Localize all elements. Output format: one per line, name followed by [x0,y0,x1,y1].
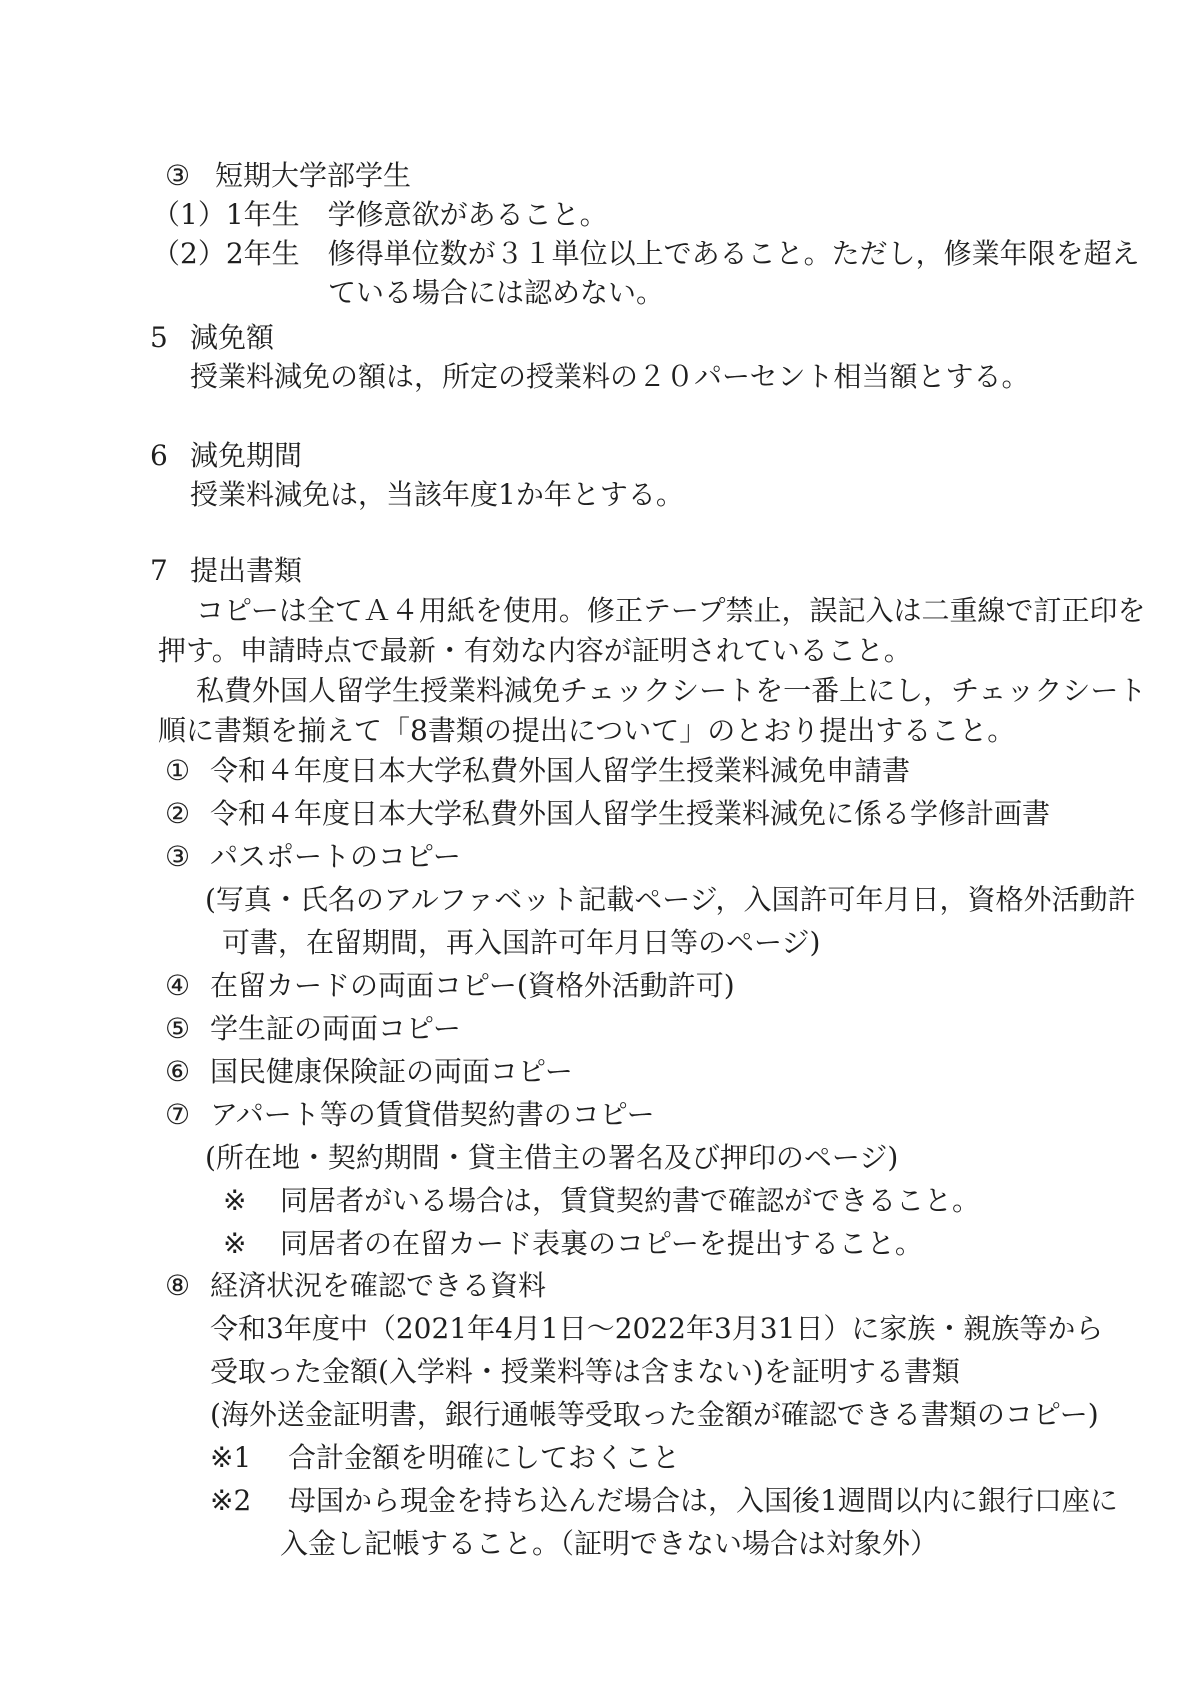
circled-8-marker: ⑧ [165,1266,210,1306]
circled-5-marker: ⑤ [165,1009,210,1049]
list-item-5: ⑤学生証の両面コピー [165,1009,461,1049]
kome-1-marker: ※1 [210,1438,288,1478]
list-item-7-kome2-text: 同居者の在留カード表裏のコピーを提出すること。 [280,1227,923,1260]
sec4-item3-sub1: （1）1年生 学修意欲があること。 [152,195,608,235]
sec4-item3-sub2-line1: （2）2年生 修得単位数が３１単位以上であること。ただし，修業年限を超え [152,234,1140,274]
list-item-8-kome2: ※2母国から現金を持ち込んだ場合は，入国後1週間以内に銀行口座に [210,1481,1118,1521]
list-item-1-text: 令和４年度日本大学私費外国人留学生授業料減免申請書 [210,754,910,787]
section-6-number: 6 [150,436,190,476]
list-item-3: ③パスポートのコピー [165,837,461,877]
section-7-para1-line2: 押す。申請時点で最新・有効な内容が証明されていること。 [158,631,912,671]
section-5-heading: 5減免額 [150,318,274,358]
section-6-title: 減免期間 [190,439,302,472]
list-item-2: ②令和４年度日本大学私費外国人留学生授業料減免に係る学修計画書 [165,794,1050,834]
kome-2-marker: ※2 [210,1481,288,1521]
section-5-body: 授業料減免の額は，所定の授業料の２０パーセント相当額とする。 [190,357,1029,397]
list-item-8-body-line2: 受取った金額(入学料・授業料等は含まない)を証明する書類 [210,1352,960,1392]
list-item-8-kome1-text: 合計金額を明確にしておくこと [288,1441,680,1474]
list-item-8: ⑧経済状況を確認できる資料 [165,1266,546,1306]
section-7-title: 提出書類 [190,554,302,587]
list-item-7-kome1: ※同居者がいる場合は，賃貸契約書で確認ができること。 [223,1181,980,1221]
document-page: ③短期大学部学生 （1）1年生 学修意欲があること。 （2）2年生 修得単位数が… [0,0,1190,1684]
circled-2-marker: ② [165,794,210,834]
list-item-8-text: 経済状況を確認できる資料 [210,1269,546,1302]
list-item-8-body-line3: (海外送金証明書，銀行通帳等受取った金額が確認できる書類のコピー) [210,1395,1099,1435]
section-5-title: 減免額 [190,321,274,354]
list-item-1: ①令和４年度日本大学私費外国人留学生授業料減免申請書 [165,751,910,791]
list-item-3-note-line1: (写真・氏名のアルファベット記載ページ，入国許可年月日，資格外活動許 [205,880,1135,920]
section-6-body: 授業料減免は，当該年度1か年とする。 [190,475,684,515]
sec4-item3-sub2-line2: ている場合には認めない。 [328,273,664,313]
list-item-7-text: アパート等の賃貸借契約書のコピー [210,1098,655,1131]
list-item-7-kome1-text: 同居者がいる場合は，賃貸契約書で確認ができること。 [280,1184,980,1217]
section-6-heading: 6減免期間 [150,436,302,476]
list-item-3-text: パスポートのコピー [210,840,461,873]
section-7-para2-line2: 順に書類を揃えて「8書類の提出について」のとおり提出すること。 [158,711,1015,751]
section-5-number: 5 [150,318,190,358]
circled-3-marker: ③ [165,156,215,196]
section-7-para1-line1: コピーは全てＡ４用紙を使用。修正テープ禁止，誤記入は二重線で訂正印を [196,591,1145,631]
list-item-8-body-line1: 令和3年度中（2021年4月1日～2022年3月31日）に家族・親族等から [210,1309,1103,1349]
list-item-5-text: 学生証の両面コピー [210,1012,461,1045]
kome-marker: ※ [223,1181,280,1221]
circled-1-marker: ① [165,751,210,791]
circled-3-list-marker: ③ [165,837,210,877]
list-item-6: ⑥国民健康保険証の両面コピー [165,1052,573,1092]
list-item-4: ④在留カードの両面コピー(資格外活動許可) [165,966,735,1006]
sec4-item3-title: 短期大学部学生 [215,159,411,192]
list-item-4-text: 在留カードの両面コピー(資格外活動許可) [210,969,735,1002]
list-item-7-note: (所在地・契約期間・貸主借主の署名及び押印のページ) [205,1138,898,1178]
list-item-8-kome1: ※1合計金額を明確にしておくこと [210,1438,680,1478]
sec4-item3-heading: ③短期大学部学生 [165,156,411,196]
list-item-8-kome2-text-line1: 母国から現金を持ち込んだ場合は，入国後1週間以内に銀行口座に [288,1484,1118,1517]
list-item-7: ⑦アパート等の賃貸借契約書のコピー [165,1095,655,1135]
list-item-3-note-line2: 可書，在留期間，再入国許可年月日等のページ) [222,923,820,963]
list-item-8-kome2-text-line2: 入金し記帳すること。（証明できない場合は対象外） [280,1524,938,1564]
list-item-6-text: 国民健康保険証の両面コピー [210,1055,573,1088]
circled-4-marker: ④ [165,966,210,1006]
list-item-7-kome2: ※同居者の在留カード表裏のコピーを提出すること。 [223,1224,923,1264]
section-7-para2-line1: 私費外国人留学生授業料減免チェックシートを一番上にし，チェックシート [196,671,1146,711]
list-item-2-text: 令和４年度日本大学私費外国人留学生授業料減免に係る学修計画書 [210,797,1050,830]
circled-7-marker: ⑦ [165,1095,210,1135]
circled-6-marker: ⑥ [165,1052,210,1092]
section-7-number: 7 [150,551,190,591]
kome-marker: ※ [223,1224,280,1264]
section-7-heading: 7提出書類 [150,551,302,591]
